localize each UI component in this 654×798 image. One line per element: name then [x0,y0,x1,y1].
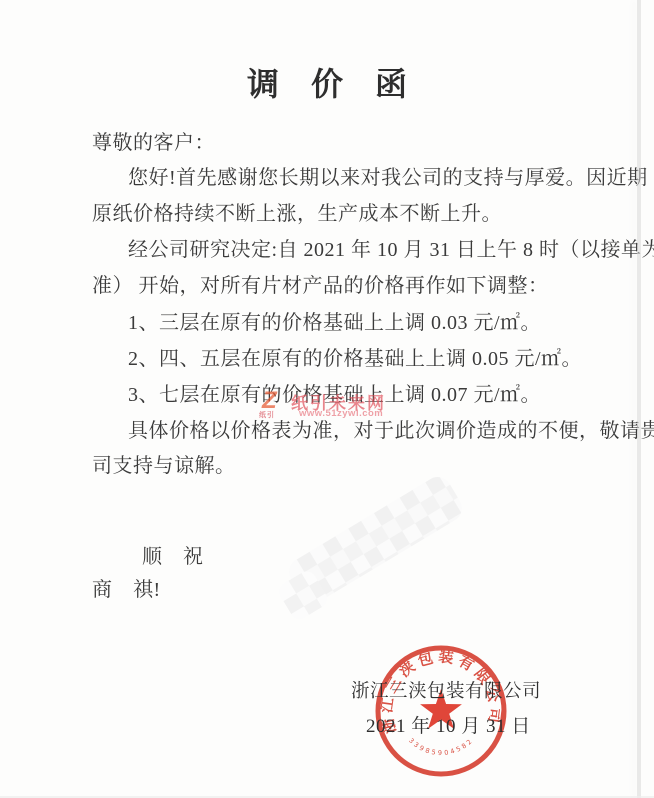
price-adjustment-item-3: 3、七层在原有的价格基础上上调 0.07 元/㎡。 [128,383,541,407]
signature-company-name: 浙江三浃包装有限公司 [351,680,541,704]
closing-wish-line: 顺 祝 [142,545,204,569]
body-line: 司支持与谅解。 [92,454,236,478]
scan-edge-right [637,0,641,798]
redaction-blur [284,472,467,608]
price-adjustment-item-2: 2、四、五层在原有的价格基础上上调 0.05 元/㎡。 [128,347,582,371]
closing-wish-line: 商 祺! [92,578,161,602]
signature-date: 2021 年 10 月 31 日 [366,715,531,739]
body-line: 原纸价格持续不断上涨，生产成本不断上升。 [92,202,502,226]
salutation: 尊敬的客户： [92,131,215,155]
page-title: 调 价 函 [0,59,654,105]
body-line: 您好!首先感谢您长期以来对我公司的支持与厚爱。因近期 [128,166,648,190]
body-line: 准） 开始，对所有片材产品的价格再作如下调整： [92,274,549,298]
price-adjustment-item-1: 1、三层在原有的价格基础上上调 0.03 元/㎡。 [128,311,541,335]
company-seal: 浙江三浃包装有限公司 339859045821 [366,636,516,786]
body-line: 具体价格以价格表为准，对于此次调价造成的不便，敬请贵 [128,419,654,443]
scanned-letter-page: 调 价 函 尊敬的客户： 您好!首先感谢您长期以来对我公司的支持与厚爱。因近期 … [0,0,654,798]
watermark-site-url: www.51zywl.com [299,408,383,419]
body-line: 经公司研究决定:自 2021 年 10 月 31 日上午 8 时（以接单为 [128,238,654,262]
